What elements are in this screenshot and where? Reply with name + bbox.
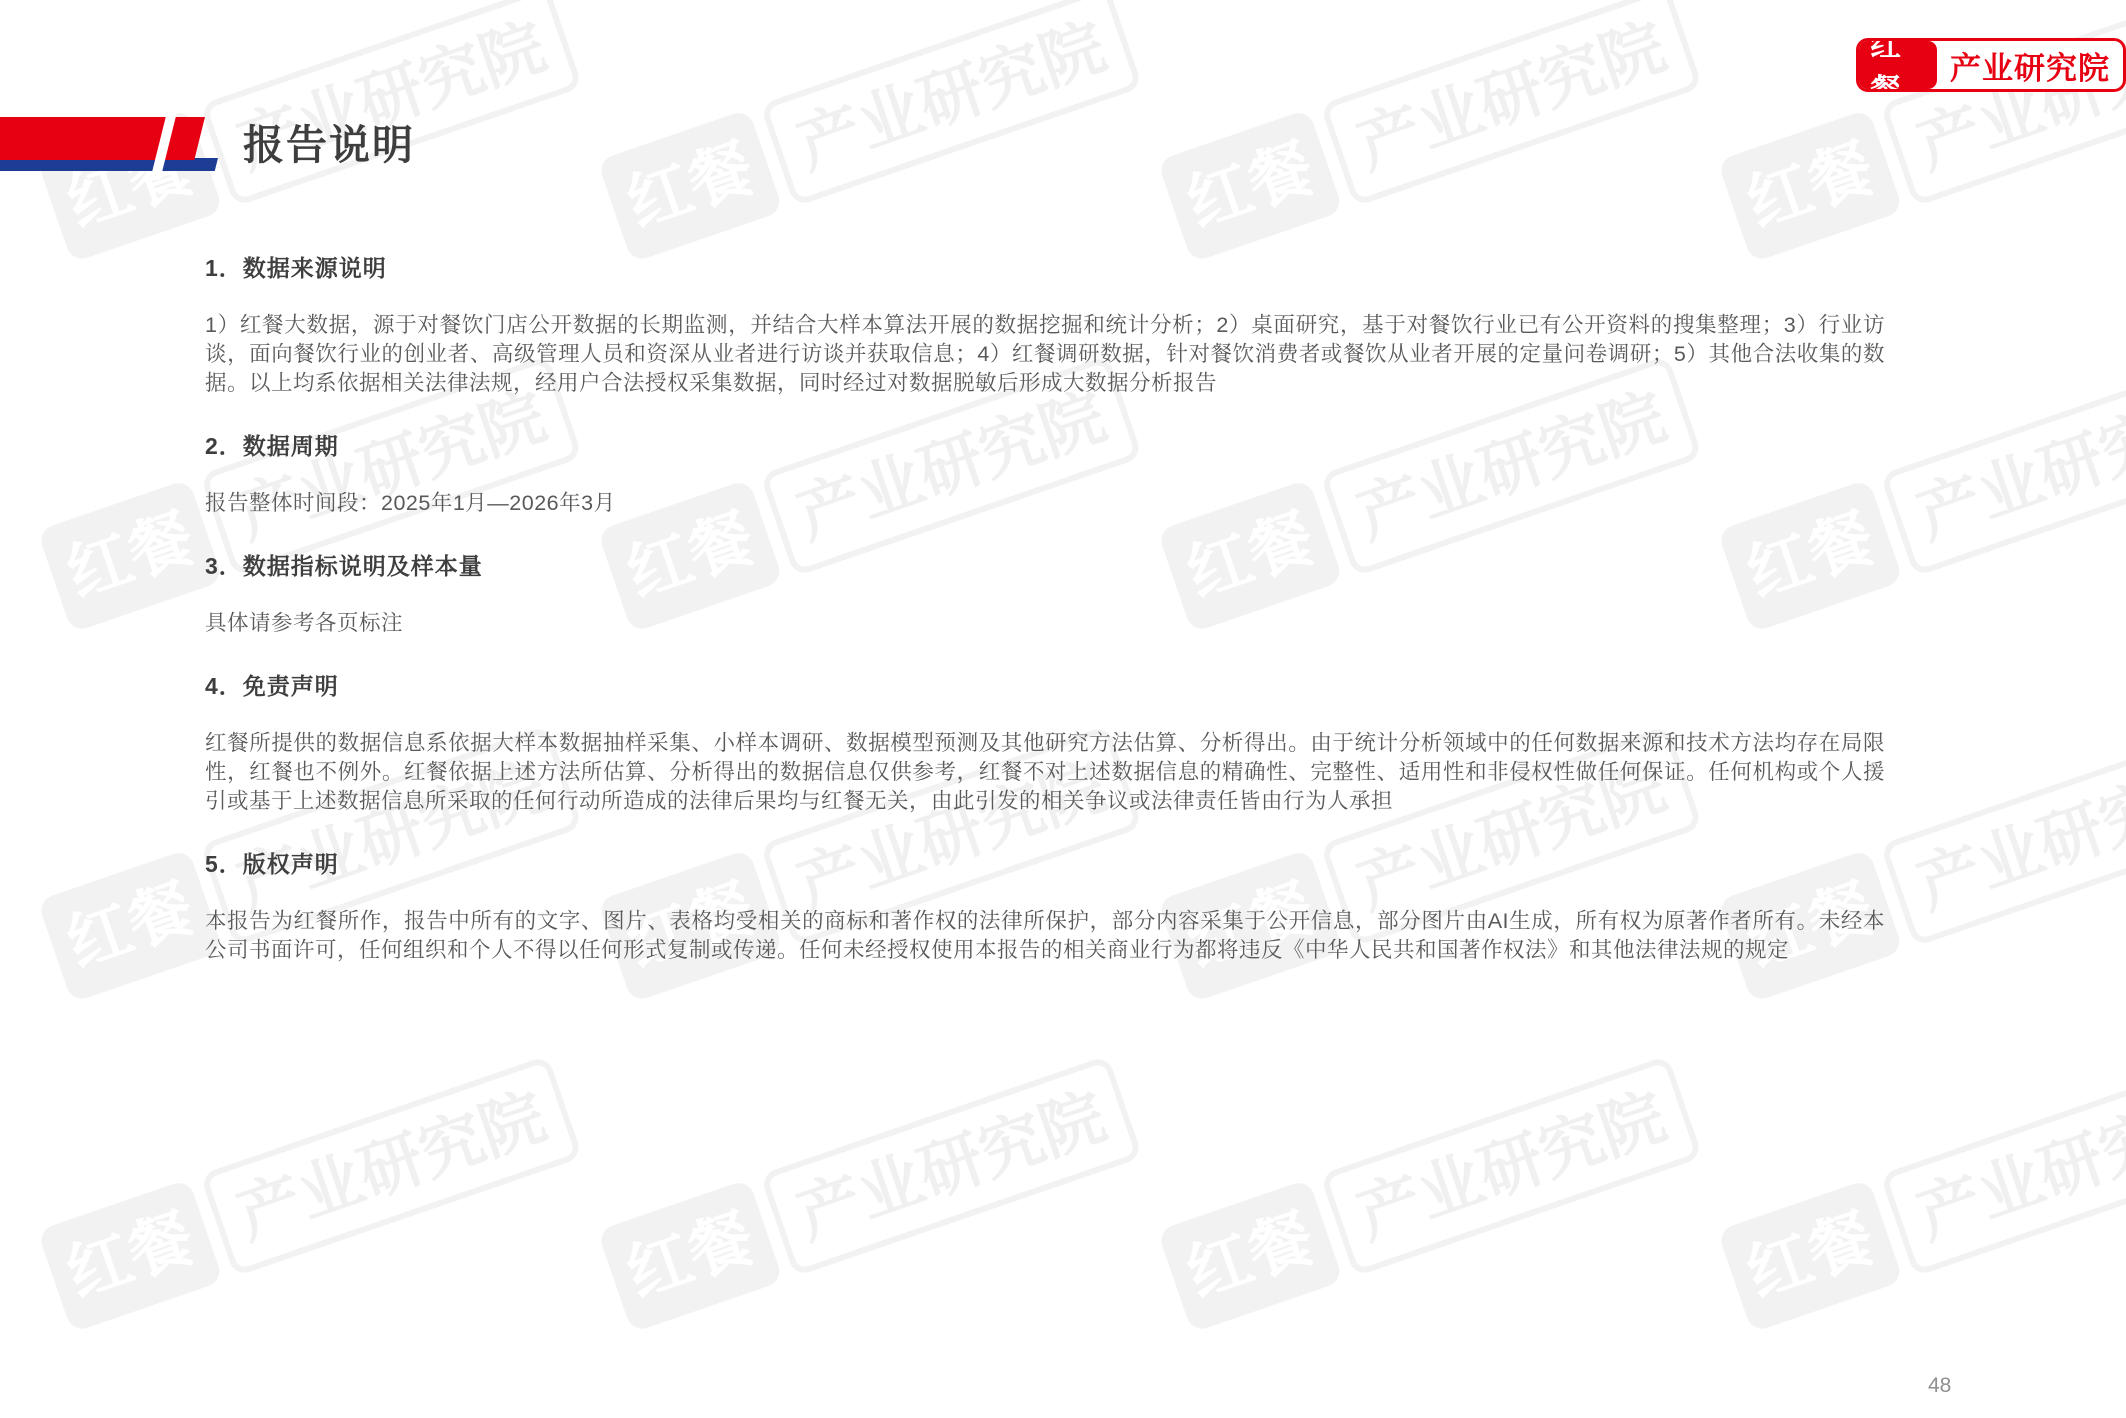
page-title: 报告说明 (243, 112, 415, 171)
watermark: 红餐产业研究院 (1157, 0, 1703, 263)
brand-logo: 红餐 产业研究院 (1856, 38, 2126, 92)
section-indicators-sample: 3．数据指标说明及样本量 具体请参考各页标注 (205, 548, 1885, 638)
watermark-badge: 红餐 (37, 849, 223, 1003)
section-heading: 2．数据周期 (205, 428, 1885, 461)
watermark-text: 产业研究院 (1320, 1055, 1703, 1277)
brand-logo-text: 产业研究院 (1937, 41, 2123, 89)
section-data-period: 2．数据周期 报告整体时间段：2025年1月—2026年3月 (205, 428, 1885, 518)
report-notes: 1．数据来源说明 1）红餐大数据，源于对餐饮门店公开数据的长期监测，并结合大样本… (205, 250, 1885, 995)
watermark-text: 产业研究院 (1880, 1055, 2126, 1277)
section-data-source: 1．数据来源说明 1）红餐大数据，源于对餐饮门店公开数据的长期监测，并结合大样本… (205, 250, 1885, 398)
watermark-badge: 红餐 (597, 109, 783, 263)
watermark-text: 产业研究院 (760, 1055, 1143, 1277)
watermark-badge: 红餐 (37, 1179, 223, 1333)
section-copyright: 5．版权声明 本报告为红餐所作，报告中所有的文字、图片、表格均受相关的商标和著作… (205, 846, 1885, 965)
page-number: 48 (1928, 1374, 1951, 1398)
watermark-text: 产业研究院 (1320, 0, 1703, 207)
brand-logo-badge: 红餐 (1859, 41, 1937, 89)
section-body: 报告整体时间段：2025年1月—2026年3月 (205, 489, 1885, 518)
watermark: 红餐产业研究院 (597, 0, 1143, 263)
section-heading: 4．免责声明 (205, 668, 1885, 701)
watermark: 红餐产业研究院 (1717, 1055, 2126, 1333)
watermark-text: 产业研究院 (1880, 0, 2126, 207)
watermark: 红餐产业研究院 (1157, 1055, 1703, 1333)
watermark-text: 产业研究院 (200, 0, 583, 207)
watermark-badge: 红餐 (37, 479, 223, 633)
section-disclaimer: 4．免责声明 红餐所提供的数据信息系依据大样本数据抽样采集、小样本调研、数据模型… (205, 668, 1885, 816)
watermark: 红餐产业研究院 (37, 1055, 583, 1333)
watermark-text: 产业研究院 (760, 0, 1143, 207)
section-heading: 5．版权声明 (205, 846, 1885, 879)
watermark-badge: 红餐 (597, 1179, 783, 1333)
watermark-badge: 红餐 (1157, 109, 1343, 263)
report-page: { "page": { "title": "报告说明", "page_numbe… (0, 0, 2126, 1418)
watermark-text: 产业研究院 (1880, 725, 2126, 947)
section-body: 具体请参考各页标注 (205, 609, 1885, 638)
section-body: 红餐所提供的数据信息系依据大样本数据抽样采集、小样本调研、数据模型预测及其他研究… (205, 729, 1885, 816)
section-body: 1）红餐大数据，源于对餐饮门店公开数据的长期监测，并结合大样本算法开展的数据挖掘… (205, 311, 1885, 398)
section-body: 本报告为红餐所作，报告中所有的文字、图片、表格均受相关的商标和著作权的法律所保护… (205, 907, 1885, 965)
watermark-badge: 红餐 (1717, 1179, 1903, 1333)
watermark-text: 产业研究院 (1880, 355, 2126, 577)
watermark-text: 产业研究院 (200, 1055, 583, 1277)
watermark: 红餐产业研究院 (597, 1055, 1143, 1333)
header-accent-red-bar (0, 117, 205, 160)
section-heading: 3．数据指标说明及样本量 (205, 548, 1885, 581)
watermark-badge: 红餐 (1717, 109, 1903, 263)
watermark-badge: 红餐 (1157, 1179, 1343, 1333)
section-heading: 1．数据来源说明 (205, 250, 1885, 283)
